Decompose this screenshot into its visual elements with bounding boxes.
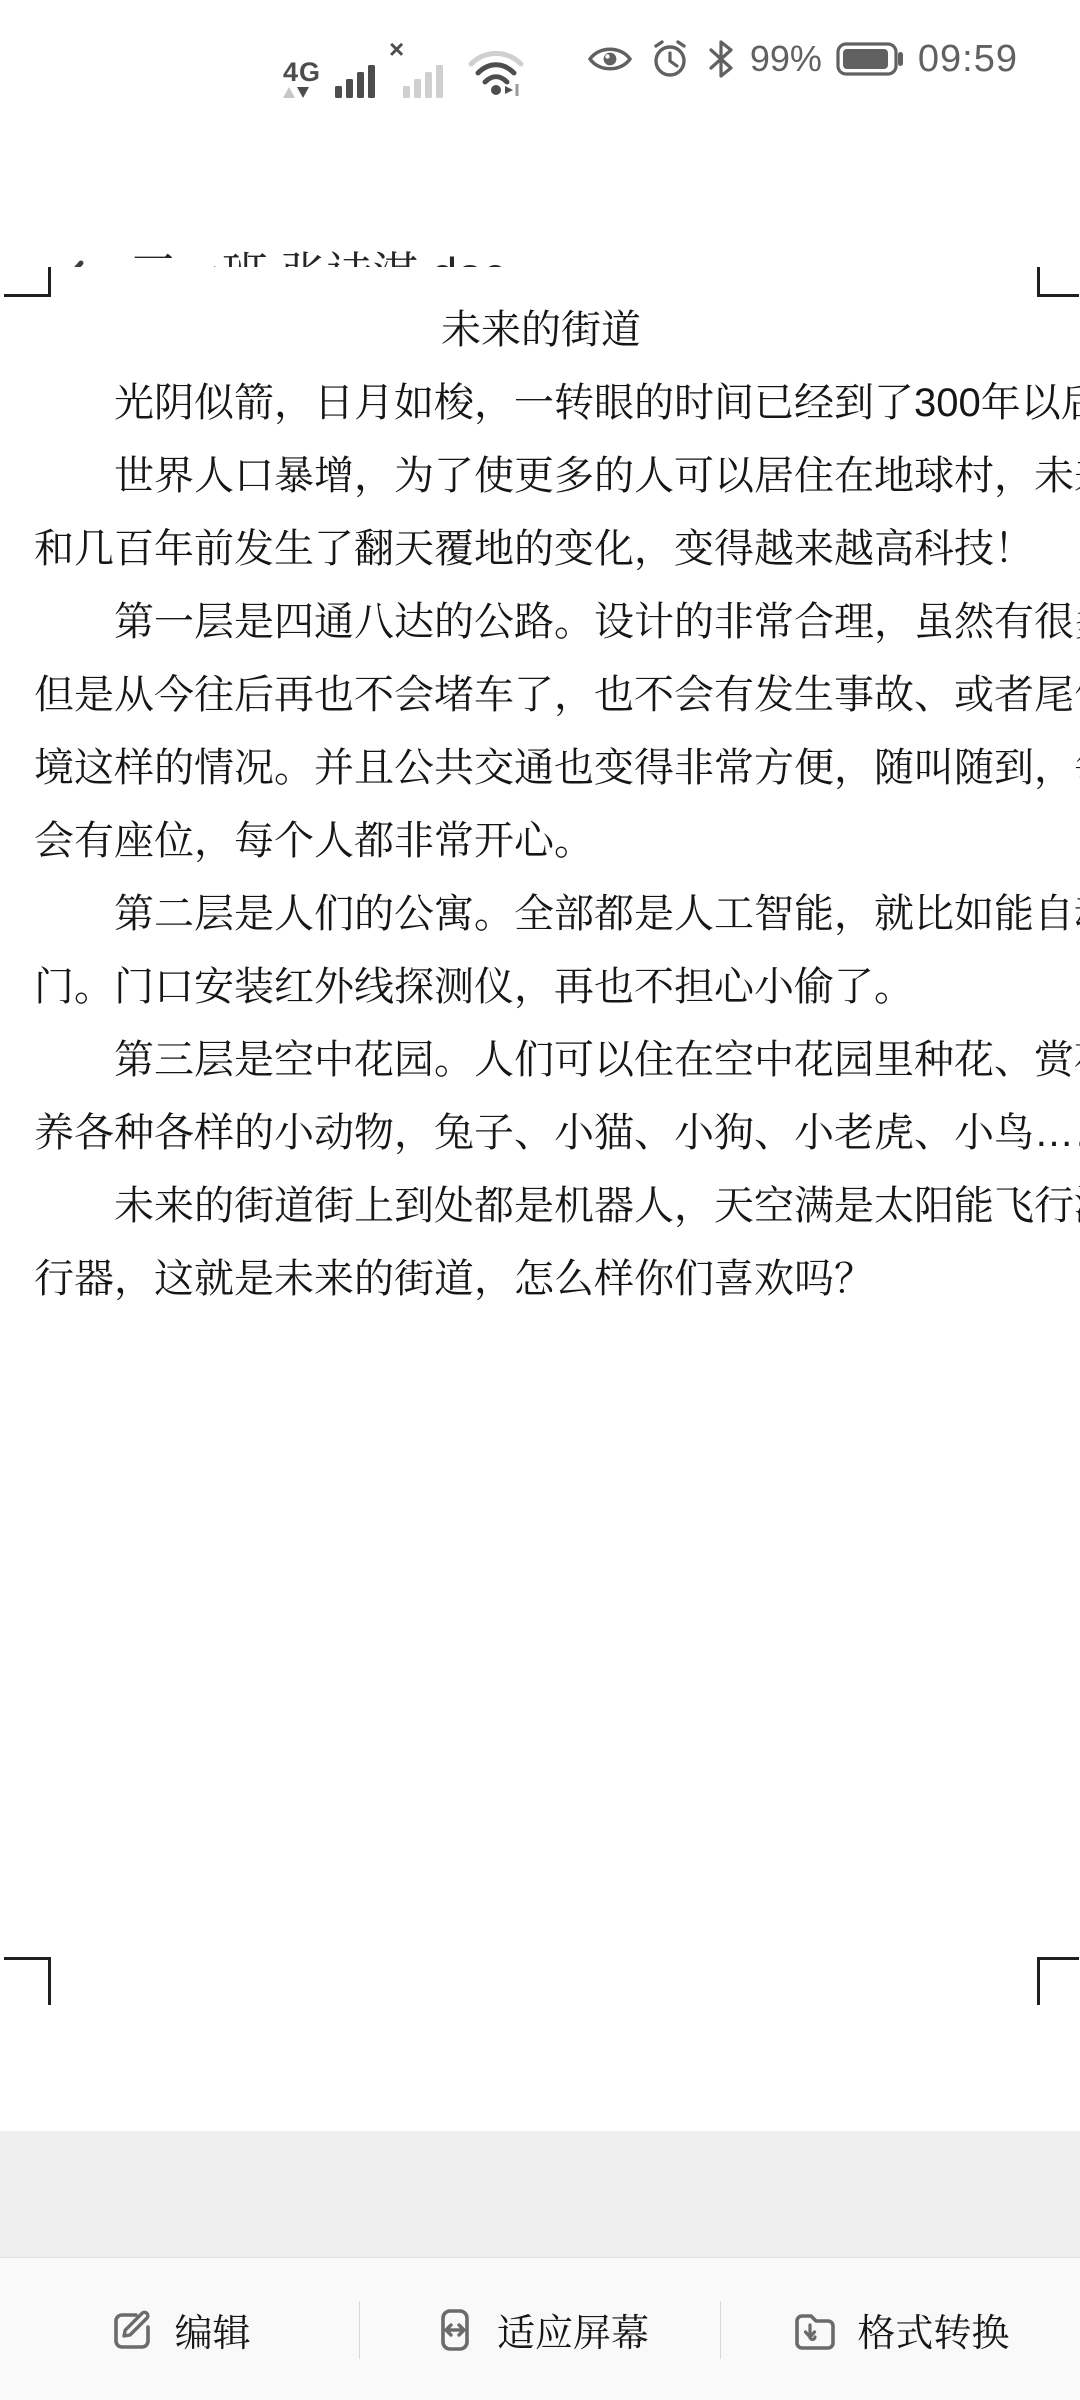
data-activity-icon	[283, 87, 309, 98]
format-convert-label: 格式转换	[857, 2302, 1009, 2357]
bottom-toolbar: 编辑 适应屏幕 格式转换	[0, 2257, 1080, 2400]
edit-button[interactable]: 编辑	[0, 2258, 359, 2400]
doc-line: 门。门口安装红外线探测仪，再也不担心小偷了。	[34, 951, 1048, 1024]
wifi-icon	[465, 46, 527, 98]
title-bar: 三一班 张诗淇.doc QQ浏览器文件服务	[0, 110, 1080, 266]
page-corner-mark-top-left	[4, 267, 51, 297]
edit-icon	[109, 2306, 157, 2354]
page-corner-mark-bottom-left	[4, 1957, 51, 2005]
sim1-signal: 4G	[283, 59, 321, 98]
document-text: 未来的街道光阴似箭，日月如梭，一转眼的时间已经到了300年以后。世界人口暴增，为…	[34, 294, 1048, 1316]
doc-line: 光阴似箭，日月如梭，一转眼的时间已经到了300年以后。	[34, 367, 1048, 440]
clock-time: 09:59	[918, 38, 1018, 81]
fit-screen-label: 适应屏幕	[497, 2302, 649, 2357]
page-background-band	[0, 2131, 1080, 2257]
document-view[interactable]: 未来的街道光阴似箭，日月如梭，一转眼的时间已经到了300年以后。世界人口暴增，为…	[0, 267, 1080, 2131]
doc-line: 第三层是空中花园。人们可以住在空中花园里种花、赏花，还能	[34, 1024, 1048, 1097]
alarm-icon	[648, 37, 692, 81]
doc-line: 和几百年前发生了翻天覆地的变化，变得越来越高科技！	[34, 513, 1048, 586]
doc-line: 会有座位，每个人都非常开心。	[34, 805, 1048, 878]
doc-line: 但是从今往后再也不会堵车了，也不会有发生事故、或者尾气污染环	[34, 659, 1048, 732]
page-corner-mark-top-right	[1037, 267, 1079, 297]
doc-line: 第二层是人们的公寓。全部都是人工智能，就比如能自动打开家	[34, 878, 1048, 951]
doc-line: 第一层是四通八达的公路。设计的非常合理，虽然有很多汽车，	[34, 586, 1048, 659]
fit-screen-icon	[431, 2306, 479, 2354]
battery-icon	[836, 38, 904, 80]
screen: { "status_bar": { "sim1_network": "4G", …	[0, 0, 1080, 2400]
doc-line: 世界人口暴增，为了使更多的人可以居住在地球村，未来的街道	[34, 440, 1048, 513]
battery-percent-label: 99%	[750, 38, 822, 80]
status-left-cluster: 4G ×	[283, 38, 527, 98]
page-corner-mark-bottom-right	[1037, 1957, 1079, 2005]
doc-line: 未来的街道街上到处都是机器人，天空满是太阳能飞行汽车和飞	[34, 1170, 1048, 1243]
format-convert-button[interactable]: 格式转换	[721, 2258, 1080, 2400]
eye-comfort-icon	[586, 42, 634, 76]
doc-line: 未来的街道	[34, 294, 1048, 367]
format-convert-icon	[791, 2306, 839, 2354]
doc-line: 养各种各样的小动物，兔子、小猫、小狗、小老虎、小鸟……	[34, 1097, 1048, 1170]
fit-screen-button[interactable]: 适应屏幕	[360, 2258, 719, 2400]
network-type-label: 4G	[283, 59, 321, 85]
edit-label: 编辑	[175, 2302, 251, 2357]
bluetooth-icon	[706, 37, 736, 81]
doc-line: 行器，这就是未来的街道，怎么样你们喜欢吗？	[34, 1243, 1048, 1316]
doc-line: 境这样的情况。并且公共交通也变得非常方便，随叫随到，每个人都	[34, 732, 1048, 805]
sim2-signal: ×	[389, 38, 451, 98]
status-bar: 4G ×	[0, 0, 1080, 110]
sim1-signal-bars-icon	[335, 65, 375, 98]
sim2-signal-bars-icon	[403, 65, 443, 98]
sim2-no-service-cross: ×	[389, 36, 404, 62]
status-right-cluster: 99% 09:59	[586, 34, 1018, 84]
